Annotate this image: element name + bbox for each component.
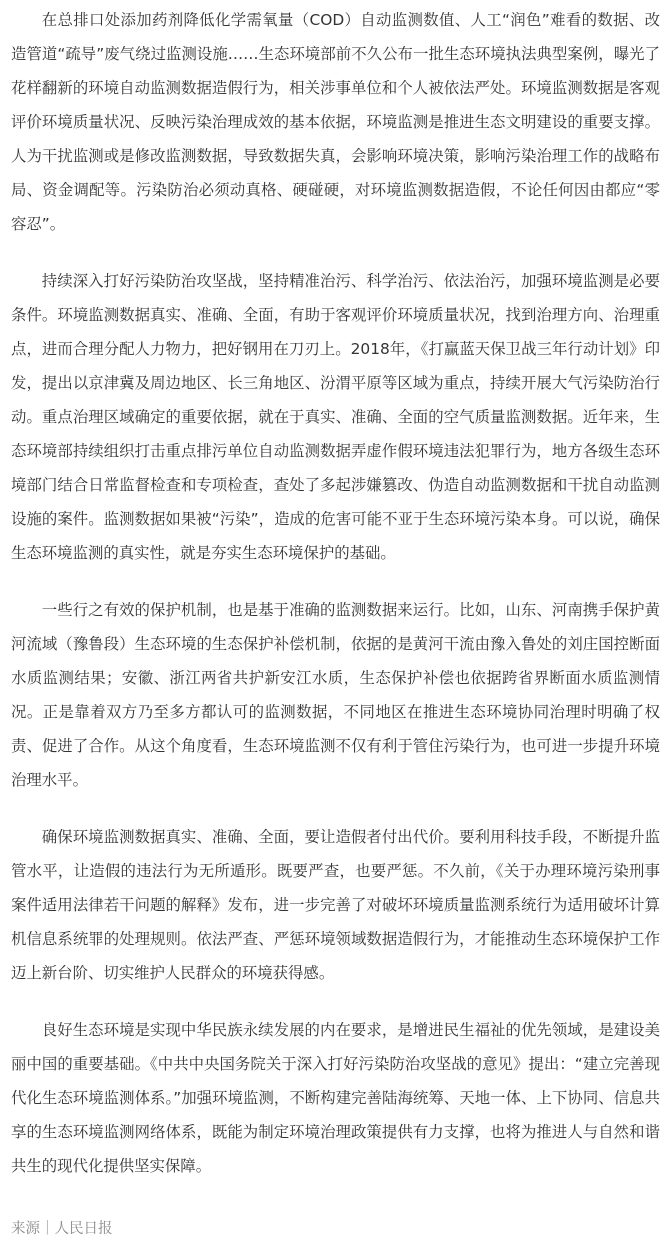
article-paragraph-1: 在总排口处添加药剂降低化学需氧量（COD）自动监测数值、人工“润色”难看的数据、…: [11, 3, 660, 241]
article-paragraph-3: 一些行之有效的保护机制，也是基于准确的监测数据来运行。比如，山东、河南携手保护黄…: [11, 593, 660, 797]
article-source: 来源｜人民日报: [11, 1217, 660, 1241]
article-paragraph-4: 确保环境监测数据真实、准确、全面，要让造假者付出代价。要利用科技手段，不断提升监…: [11, 820, 660, 990]
article-paragraph-5: 良好生态环境是实现中华民族永续发展的内在要求，是增进民生福祉的优先领域，是建设美…: [11, 1013, 660, 1183]
article-paragraph-2: 持续深入打好污染防治攻坚战，坚持精准治污、科学治污、依法治污，加强环境监测是必要…: [11, 264, 660, 570]
article-body: 在总排口处添加药剂降低化学需氧量（COD）自动监测数值、人工“润色”难看的数据、…: [0, 0, 671, 1241]
